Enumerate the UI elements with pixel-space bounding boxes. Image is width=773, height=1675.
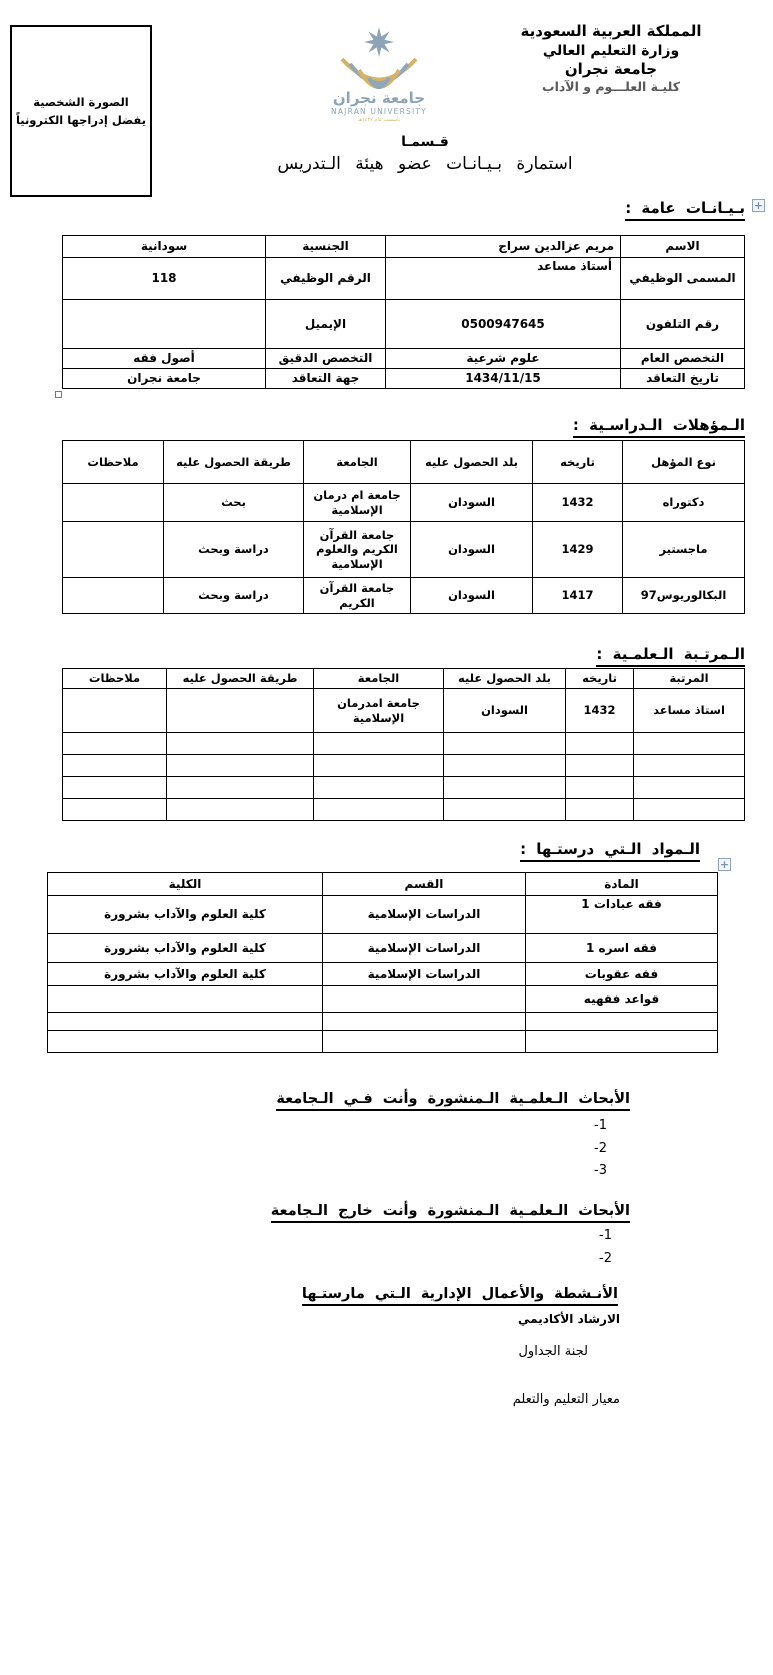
general-value-phone: 0500947645	[386, 300, 621, 349]
table-row: فقه عقوبات الدراسات الإسلامية كلية العلو…	[48, 963, 718, 986]
rank-cell	[444, 733, 566, 755]
course-cell: قواعد فقهيه	[526, 986, 718, 1013]
qual-cell	[63, 578, 164, 614]
general-label-email: الإيميل	[266, 300, 386, 349]
rank-cell	[63, 799, 167, 821]
rank-header-notes: ملاحظات	[63, 669, 167, 689]
course-header-department: القسم	[323, 873, 526, 896]
qual-cell: السودان	[411, 522, 533, 578]
general-label-phone: رقم التلفون	[621, 300, 745, 349]
general-label-job-title: المسمى الوظيفي	[621, 258, 745, 300]
table-move-handle-icon[interactable]: +	[718, 858, 731, 871]
table-header-row: المرتبة تاريخه بلد الحصول عليه الجامعة ط…	[63, 669, 745, 689]
qual-cell: دكتوراه	[623, 484, 745, 522]
document-title-block: قـسمـا استمارة بـيـانـات عضو هيئة الـتدر…	[80, 134, 770, 174]
table-row: فقه عبادات 1 الدراسات الإسلامية كلية الع…	[48, 896, 718, 934]
general-value-job-title: أستاذ مساعد	[386, 258, 621, 300]
activity-item-academic-advising: الارشاد الأكاديمي	[518, 1312, 620, 1326]
table-move-handle-icon[interactable]: +	[752, 199, 765, 212]
rank-cell	[634, 777, 745, 799]
qual-cell: جامعة ام درمان الإسلامية	[304, 484, 411, 522]
letterhead-ministry: وزارة التعليم العالي	[465, 42, 757, 60]
letterhead-university: جامعة نجران	[465, 60, 757, 80]
university-logo-icon: جامعة نجران NAJRAN UNIVERSITY تأسست عام …	[303, 26, 455, 128]
logo-star-icon	[364, 27, 394, 57]
qualifications-section-heading: الـمؤهلات الـدراسـية :	[573, 416, 745, 438]
course-cell	[323, 986, 526, 1013]
courses-section-heading: الـمواد الـتي درستـها :	[520, 840, 700, 862]
table-row: البكالوريوس97 1417 السودان جامعة القرآن …	[63, 578, 745, 614]
activities-heading: الأنـشطة والأعمال الإدارية الـتي مارستـه…	[302, 1285, 618, 1306]
rank-cell	[167, 689, 314, 733]
course-cell	[323, 1013, 526, 1031]
logo-arabic-name: جامعة نجران	[333, 89, 425, 107]
qual-cell: دراسة وبحث	[164, 522, 304, 578]
table-row: المسمى الوظيفي أستاذ مساعد الرقم الوظيفي…	[63, 258, 745, 300]
general-label-name: الاسم	[621, 236, 745, 258]
general-value-contract-date: 1434/11/15	[386, 369, 621, 389]
qual-cell: دراسة وبحث	[164, 578, 304, 614]
research-inside-heading-wrap: الأبحاث الـعلمـية الـمنشورة وأنت فـي الـ…	[276, 1088, 630, 1111]
rank-cell	[634, 755, 745, 777]
rank-cell: استاذ مساعد	[634, 689, 745, 733]
general-label-nationality: الجنسية	[266, 236, 386, 258]
research-inside-item-3: -3	[594, 1163, 607, 1178]
qual-cell	[63, 484, 164, 522]
qual-cell: 1417	[533, 578, 623, 614]
general-label-specialty: التخصص العام	[621, 349, 745, 369]
rank-cell	[167, 799, 314, 821]
qual-cell: بحث	[164, 484, 304, 522]
document-page: الصورة الشخصية يفضل إدراجها الكترونياً ج…	[0, 0, 773, 1675]
general-value-email	[63, 300, 266, 349]
course-cell	[48, 1013, 323, 1031]
course-cell: فقه عبادات 1	[526, 896, 718, 934]
table-row: ماجستير 1429 السودان جامعة القرآن الكريم…	[63, 522, 745, 578]
university-logo: جامعة نجران NAJRAN UNIVERSITY تأسست عام …	[303, 26, 455, 128]
qual-header-country: بلد الحصول عليه	[411, 441, 533, 484]
table-row	[48, 1031, 718, 1053]
course-cell: الدراسات الإسلامية	[323, 963, 526, 986]
table-resize-handle-icon[interactable]	[55, 391, 62, 398]
qual-header-notes: ملاحظات	[63, 441, 164, 484]
rank-header-date: تاريخه	[566, 669, 634, 689]
letterhead: المملكة العربية السعودية وزارة التعليم ا…	[465, 22, 757, 95]
rank-cell	[444, 755, 566, 777]
general-section-heading: بـيـانـات عامة :	[625, 199, 745, 221]
table-row: فقه اسره 1 الدراسات الإسلامية كلية العلو…	[48, 934, 718, 963]
general-value-nationality: سودانية	[63, 236, 266, 258]
general-section-heading-wrap: بـيـانـات عامة :	[625, 198, 745, 221]
rank-cell	[634, 733, 745, 755]
general-label-sub-specialty: التخصص الدقيق	[266, 349, 386, 369]
page-title: استمارة بـيـانـات عضو هيئة الـتدريس	[80, 154, 770, 174]
general-label-contract-date: تاريخ التعاقد	[621, 369, 745, 389]
rank-cell: 1432	[566, 689, 634, 733]
rank-cell: السودان	[444, 689, 566, 733]
qual-header-date: تاريخه	[533, 441, 623, 484]
rank-header-rank: المرتبة	[634, 669, 745, 689]
qual-header-type: نوع المؤهل	[623, 441, 745, 484]
rank-cell	[63, 689, 167, 733]
rank-cell	[167, 755, 314, 777]
rank-section-heading-wrap: الـمرتـبة الـعلمـية :	[596, 644, 745, 667]
table-row	[63, 755, 745, 777]
qualifications-section-heading-wrap: الـمؤهلات الـدراسـية :	[573, 415, 745, 438]
research-inside-heading: الأبحاث الـعلمـية الـمنشورة وأنت فـي الـ…	[276, 1090, 630, 1111]
general-value-sub-specialty: أصول فقه	[63, 349, 266, 369]
qual-header-method: طريقة الحصول عليه	[164, 441, 304, 484]
course-cell: كلية العلوم والآداب بشرورة	[48, 963, 323, 986]
course-header-college: الكلية	[48, 873, 323, 896]
qual-cell: جامعة القرآن الكريم	[304, 578, 411, 614]
course-cell	[526, 1013, 718, 1031]
rank-header-method: طريقة الحصول عليه	[167, 669, 314, 689]
course-cell	[48, 1031, 323, 1053]
rank-table: المرتبة تاريخه بلد الحصول عليه الجامعة ط…	[62, 668, 745, 821]
general-value-name: مريم عزالدين سراج	[386, 236, 621, 258]
table-row	[63, 777, 745, 799]
table-row	[63, 733, 745, 755]
rank-cell	[444, 799, 566, 821]
courses-section-heading-wrap: الـمواد الـتي درستـها :	[520, 839, 700, 862]
course-cell: فقه اسره 1	[526, 934, 718, 963]
research-outside-heading-wrap: الأبحاث الـعلمـية الـمنشورة وأنت خارج ال…	[271, 1200, 630, 1223]
table-row: الاسم مريم عزالدين سراج الجنسية سودانية	[63, 236, 745, 258]
rank-cell	[566, 777, 634, 799]
rank-section-heading: الـمرتـبة الـعلمـية :	[596, 645, 745, 667]
course-cell: كلية العلوم والآداب بشرورة	[48, 896, 323, 934]
course-cell: الدراسات الإسلامية	[323, 896, 526, 934]
general-label-employee-no: الرقم الوظيفي	[266, 258, 386, 300]
table-row: تاريخ التعاقد 1434/11/15 جهة التعاقد جام…	[63, 369, 745, 389]
logo-tagline: تأسست عام ١٤٢٧هـ	[357, 115, 401, 123]
research-outside-heading: الأبحاث الـعلمـية الـمنشورة وأنت خارج ال…	[271, 1202, 630, 1223]
rank-cell	[634, 799, 745, 821]
rank-cell	[314, 777, 444, 799]
qual-cell: ماجستير	[623, 522, 745, 578]
rank-header-country: بلد الحصول عليه	[444, 669, 566, 689]
rank-cell	[566, 733, 634, 755]
table-row: دكتوراه 1432 السودان جامعة ام درمان الإس…	[63, 484, 745, 522]
rank-cell	[314, 799, 444, 821]
rank-cell	[314, 733, 444, 755]
general-value-specialty: علوم شرعية	[386, 349, 621, 369]
qual-cell: 1429	[533, 522, 623, 578]
course-header-subject: المادة	[526, 873, 718, 896]
qual-cell	[63, 522, 164, 578]
letterhead-country: المملكة العربية السعودية	[465, 22, 757, 42]
general-label-contract-party: جهة التعاقد	[266, 369, 386, 389]
photo-box-line1: الصورة الشخصية	[12, 93, 150, 111]
department-line: قـسمـا	[80, 134, 770, 150]
course-cell: فقه عقوبات	[526, 963, 718, 986]
rank-cell: جامعة امدرمان الإسلامية	[314, 689, 444, 733]
qual-cell: السودان	[411, 578, 533, 614]
rank-cell	[566, 799, 634, 821]
courses-table: المادة القسم الكلية فقه عبادات 1 الدراسا…	[47, 872, 718, 1053]
qual-cell: 1432	[533, 484, 623, 522]
course-cell	[48, 986, 323, 1013]
general-value-contract-party: جامعة نجران	[63, 369, 266, 389]
activities-heading-wrap: الأنـشطة والأعمال الإدارية الـتي مارستـه…	[302, 1283, 618, 1306]
table-row: استاذ مساعد 1432 السودان جامعة امدرمان ا…	[63, 689, 745, 733]
table-header-row: المادة القسم الكلية	[48, 873, 718, 896]
rank-cell	[167, 777, 314, 799]
course-cell: كلية العلوم والآداب بشرورة	[48, 934, 323, 963]
qual-cell: البكالوريوس97	[623, 578, 745, 614]
letterhead-college: كليـة العلـــوم و الآداب	[465, 79, 757, 95]
rank-header-university: الجامعة	[314, 669, 444, 689]
general-data-table: الاسم مريم عزالدين سراج الجنسية سودانية …	[62, 235, 745, 389]
table-row: رقم التلفون 0500947645 الإيميل	[63, 300, 745, 349]
rank-cell	[63, 755, 167, 777]
rank-cell	[314, 755, 444, 777]
rank-cell	[167, 733, 314, 755]
course-cell: الدراسات الإسلامية	[323, 934, 526, 963]
research-outside-item-1: -1	[599, 1228, 612, 1243]
table-header-row: نوع المؤهل تاريخه بلد الحصول عليه الجامع…	[63, 441, 745, 484]
course-cell	[526, 1031, 718, 1053]
course-cell	[323, 1031, 526, 1053]
qualifications-table: نوع المؤهل تاريخه بلد الحصول عليه الجامع…	[62, 440, 745, 614]
rank-cell	[63, 777, 167, 799]
table-row	[48, 1013, 718, 1031]
general-value-employee-no: 118	[63, 258, 266, 300]
table-row: التخصص العام علوم شرعية التخصص الدقيق أص…	[63, 349, 745, 369]
research-inside-item-2: -2	[594, 1141, 607, 1156]
table-row	[63, 799, 745, 821]
rank-cell	[566, 755, 634, 777]
research-outside-item-2: -2	[599, 1251, 612, 1266]
activity-item-teaching-learning-standard: معيار التعليم والتعلم	[513, 1392, 620, 1407]
qual-cell: السودان	[411, 484, 533, 522]
rank-cell	[63, 733, 167, 755]
table-row: قواعد فقهيه	[48, 986, 718, 1013]
research-inside-item-1: -1	[594, 1118, 607, 1133]
logo-english-name: NAJRAN UNIVERSITY	[331, 107, 427, 116]
qual-header-university: الجامعة	[304, 441, 411, 484]
photo-box-line2: يفضل إدراجها الكترونياً	[12, 111, 150, 129]
qual-cell: جامعة القرآن الكريم والعلوم الإسلامية	[304, 522, 411, 578]
activity-item-schedules-committee: لجنة الجداول	[518, 1344, 588, 1359]
rank-cell	[444, 777, 566, 799]
